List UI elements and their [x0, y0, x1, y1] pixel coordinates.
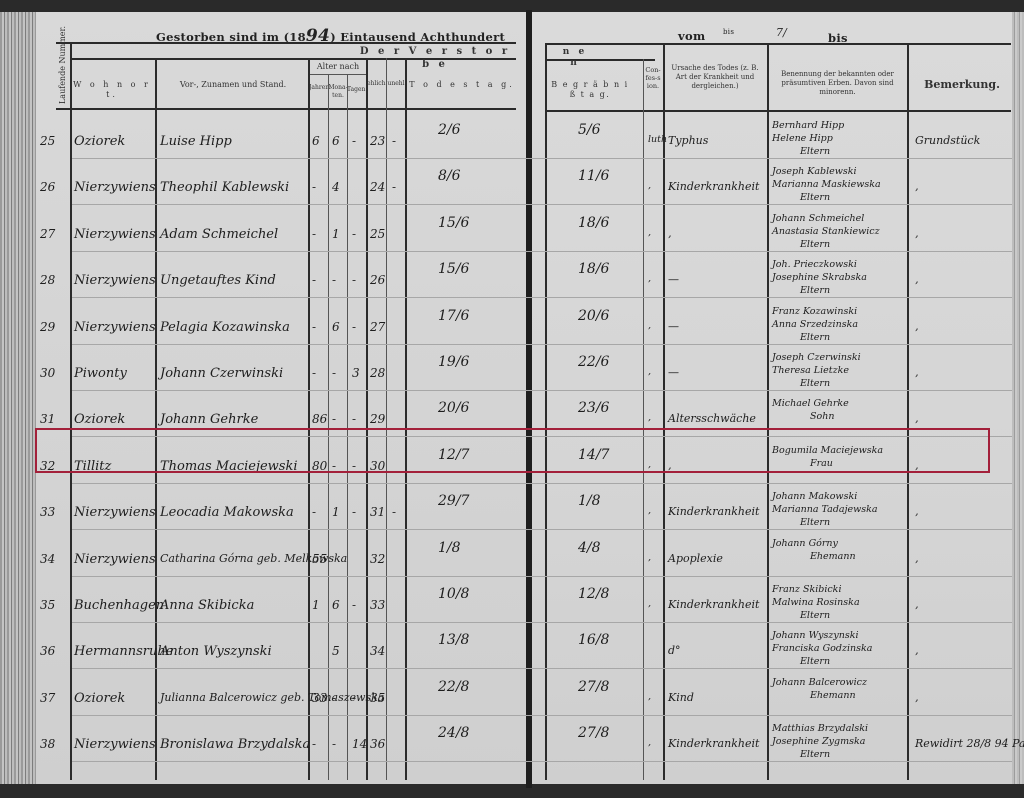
header-top-line-right — [545, 43, 1011, 45]
cell-monate: - — [332, 412, 336, 426]
cell-erben-line: Eltern — [800, 378, 830, 389]
cell-bemerkung: ‚ — [915, 273, 919, 286]
cell-erben-line: Malwina Rosinska — [772, 597, 860, 608]
cell-tage: - — [352, 505, 356, 519]
cell-bemerkung: ‚ — [915, 412, 919, 425]
cell-todestag: 17/6 — [438, 308, 469, 324]
cell-begraebnis: 1/8 — [578, 493, 601, 509]
cell-ehelich: 30 — [370, 459, 385, 473]
col-header-alter-nach: Alter nach — [310, 62, 366, 72]
col-header-tagen: Tagen. — [347, 86, 367, 94]
cell-monate: - — [332, 691, 336, 705]
col-header-begraebnistag: B e g r ä b n i ß t a g. — [547, 80, 633, 100]
cell-erben-line: Eltern — [800, 146, 830, 157]
cell-nr: 38 — [40, 737, 55, 751]
cell-nr: 35 — [40, 598, 55, 612]
cell-wohnort: Oziorek — [74, 134, 125, 149]
cell-ursache: Kind — [668, 691, 694, 704]
cell-jahre: 80 — [312, 459, 327, 473]
cell-todestag: 8/6 — [438, 168, 461, 184]
cell-ehelich: 29 — [370, 412, 385, 426]
cell-bemerkung: ‚ — [915, 505, 919, 518]
cell-ursache: — — [668, 273, 679, 286]
cell-erben-line: Bernhard Hipp — [772, 120, 844, 131]
cell-monate: - — [332, 366, 336, 380]
col-divider — [347, 74, 348, 780]
cell-wohnort: Nierzywiens — [74, 320, 156, 335]
col-header-benennung: Benennung der bekannten oder präsumtiven… — [770, 70, 905, 96]
cell-jahre: - — [312, 505, 316, 519]
cell-todestag: 2/6 — [438, 122, 461, 138]
cell-jahre: - — [312, 180, 316, 194]
cell-begraebnis: 18/6 — [578, 261, 609, 277]
cell-begraebnis: 27/8 — [578, 679, 609, 695]
cell-wohnort: Hermannsruhe — [74, 644, 173, 659]
col-divider — [155, 58, 157, 780]
cell-ehelich: 35 — [370, 691, 385, 705]
book-edge-right — [1012, 12, 1024, 784]
row-rule — [72, 344, 1012, 345]
cell-erben-line: Eltern — [800, 285, 830, 296]
cell-ursache: Altersschwäche — [668, 412, 756, 425]
cell-name: Theophil Kablewski — [160, 180, 289, 195]
cell-begraebnis: 20/6 — [578, 308, 609, 324]
right-vom: vom — [678, 29, 705, 43]
cell-name: Johann Gehrke — [160, 412, 258, 427]
cell-ehelich: 32 — [370, 552, 385, 566]
col-divider — [405, 58, 407, 780]
cell-nr: 33 — [40, 505, 55, 519]
cell-erben-line: Josephine Skrabska — [772, 272, 867, 283]
cell-tage: 14 — [352, 737, 367, 751]
col-divider — [643, 59, 644, 780]
cell-ehelich: 28 — [370, 366, 385, 380]
cell-erben-line: Michael Gehrke — [772, 398, 849, 409]
cell-erben-line: Johann Makowski — [772, 491, 857, 502]
cell-tage: - — [352, 691, 356, 705]
cell-erben-line: Eltern — [800, 749, 830, 760]
cell-tage: - — [352, 134, 356, 148]
cell-nr: 30 — [40, 366, 55, 380]
cell-todestag: 20/6 — [438, 400, 469, 416]
cell-conf: ‚ — [648, 273, 651, 284]
cell-nr: 29 — [40, 320, 55, 334]
cell-erben-line: Johann Górny — [772, 538, 838, 549]
cell-todestag: 22/8 — [438, 679, 469, 695]
cell-erben-line: Eltern — [800, 517, 830, 528]
cell-name: Leocadia Makowska — [160, 505, 294, 520]
cell-nr: 28 — [40, 273, 55, 287]
cell-monate: 6 — [332, 134, 340, 148]
col-divider — [907, 45, 909, 780]
cell-erben-line: Marianna Maskiewska — [772, 179, 881, 190]
cell-ursache: ‚ — [668, 227, 672, 240]
cell-name: Bronislawa Brzydalska — [160, 737, 310, 752]
row-rule — [72, 436, 1012, 437]
cell-conf: ‚ — [648, 691, 651, 702]
row-rule — [72, 529, 1012, 530]
cell-ehelich: 33 — [370, 598, 385, 612]
cell-tage: 3 — [352, 366, 360, 380]
row-rule — [72, 158, 1012, 159]
cell-ursache: Typhus — [668, 134, 708, 147]
cell-erben-line: Eltern — [800, 192, 830, 203]
cell-erben-line: Joseph Kablewski — [772, 166, 857, 177]
cell-name: Ungetauftes Kind — [160, 273, 276, 288]
row-rule — [72, 204, 1012, 205]
right-date-mark: 7/ — [776, 26, 787, 39]
cell-wohnort: Nierzywiens — [74, 180, 156, 195]
cell-wohnort: Nierzywiens — [74, 552, 156, 567]
cell-conf: ‚ — [648, 505, 651, 516]
cell-erben-line: Eltern — [800, 610, 830, 621]
cell-erben-line: Franz Kozawinski — [772, 306, 857, 317]
cell-bemerkung: ‚ — [915, 227, 919, 240]
cell-unehelich: - — [392, 180, 396, 194]
cell-erben-line: Helene Hipp — [772, 133, 833, 144]
cell-begraebnis: 16/8 — [578, 632, 609, 648]
cell-begraebnis: 14/7 — [578, 447, 609, 463]
cell-name: Anna Skibicka — [160, 598, 254, 613]
col-header-bemerkung: Bemerkung. — [912, 78, 1012, 92]
cell-wohnort: Nierzywiens — [74, 227, 156, 242]
cell-unehelich: - — [392, 505, 396, 519]
cell-ursache: Kinderkrankheit — [668, 737, 759, 750]
cell-tage: - — [352, 273, 356, 287]
cell-jahre: 86 — [312, 412, 327, 426]
cell-jahre: 55 — [312, 552, 327, 566]
cell-todestag: 15/6 — [438, 261, 469, 277]
cell-unehelich: - — [392, 134, 396, 148]
cell-erben-line: Marianna Tadajewska — [772, 504, 878, 515]
cell-erben-line: Joseph Czerwinski — [772, 352, 861, 363]
cell-conf: ‚ — [648, 366, 651, 377]
row-rule — [72, 668, 1012, 669]
cell-conf: ‚ — [648, 227, 651, 238]
cell-name: Julianna Balcerowicz geb. Tomaszewska — [160, 691, 384, 704]
cell-bemerkung: ‚ — [915, 366, 919, 379]
cell-monate: - — [332, 273, 336, 287]
cell-nr: 26 — [40, 180, 55, 194]
col-divider — [545, 43, 547, 780]
cell-erben-line: Johann Balcerowicz — [772, 677, 867, 688]
col-header-confession: Con-fes-sion. — [645, 66, 661, 90]
cell-bemerkung: Grundstück — [915, 134, 980, 147]
cell-name: Luise Hipp — [160, 134, 232, 149]
cell-ursache: ‚ — [668, 459, 672, 472]
cell-nr: 25 — [40, 134, 55, 148]
col-divider — [386, 58, 387, 780]
cell-ehelich: 23 — [370, 134, 385, 148]
cell-ursache: Kinderkrankheit — [668, 598, 759, 611]
cell-wohnort: Nierzywiens — [74, 737, 156, 752]
cell-erben-line: Anna Srzedzinska — [772, 319, 858, 330]
cell-erben-line: Josephine Zygmska — [772, 736, 865, 747]
col-divider — [663, 43, 665, 780]
cell-tage: - — [352, 459, 356, 473]
cell-ehelich: 31 — [370, 505, 385, 519]
cell-monate: 6 — [332, 320, 340, 334]
col-header-name: Vor-, Zunamen und Stand. — [158, 80, 308, 90]
cell-erben-line: Theresa Lietzke — [772, 365, 849, 376]
row-rule — [72, 715, 1012, 716]
cell-conf: ‚ — [648, 320, 651, 331]
cell-bemerkung: ‚ — [915, 459, 919, 472]
cell-wohnort: Piwonty — [74, 366, 127, 381]
cell-monate: - — [332, 459, 336, 473]
cell-nr: 37 — [40, 691, 55, 705]
cell-tage: - — [352, 412, 356, 426]
cell-jahre: - — [312, 320, 316, 334]
cell-monate: 1 — [332, 227, 340, 241]
cell-begraebnis: 22/6 — [578, 354, 609, 370]
cell-nr: 27 — [40, 227, 55, 241]
header-bottom-line — [56, 108, 516, 110]
right-bis-small: bis — [723, 28, 734, 36]
cell-erben-line: Ehemann — [810, 551, 856, 562]
cell-ursache: — — [668, 320, 679, 333]
cell-todestag: 12/7 — [438, 447, 469, 463]
row-rule — [72, 297, 1012, 298]
cell-erben-line: Matthias Brzydalski — [772, 723, 868, 734]
cell-conf: ‚ — [648, 412, 651, 423]
cell-erben-line: Franciska Godzinska — [772, 643, 872, 654]
cell-bemerkung: Rewidirt 28/8 94 Paniewski — [915, 737, 1024, 750]
cell-bemerkung: ‚ — [915, 598, 919, 611]
cell-bemerkung: ‚ — [915, 644, 919, 657]
cell-ehelich: 25 — [370, 227, 385, 241]
cell-todestag: 19/6 — [438, 354, 469, 370]
cell-jahre: - — [312, 227, 316, 241]
cell-name: Anton Wyszynski — [160, 644, 272, 659]
cell-bemerkung: ‚ — [915, 180, 919, 193]
cell-conf: ‚ — [648, 459, 651, 470]
cell-name: Thomas Maciejewski — [160, 459, 298, 474]
cell-nr: 34 — [40, 552, 55, 566]
row-rule — [72, 390, 1012, 391]
col-divider — [308, 58, 310, 780]
cell-begraebnis: 11/6 — [578, 168, 609, 184]
cell-jahre: - — [312, 737, 316, 751]
col-header-wohnort: W o h n o r t. — [72, 80, 152, 100]
cell-name: Johann Czerwinski — [160, 366, 283, 381]
group-heading-verstorbenen: D e r V e r s t o r b e — [355, 46, 515, 71]
book-edge — [0, 12, 36, 784]
col-header-monaten: Mona-ten. — [328, 84, 348, 99]
cell-nr: 31 — [40, 412, 55, 426]
cell-wohnort: Oziorek — [74, 691, 125, 706]
cell-ehelich: 24 — [370, 180, 385, 194]
row-rule — [72, 622, 1012, 623]
cell-todestag: 15/6 — [438, 215, 469, 231]
cell-erben-line: Joh. Prieczkowski — [772, 259, 857, 270]
cell-ehelich: 27 — [370, 320, 385, 334]
cell-todestag: 29/7 — [438, 493, 469, 509]
cell-tage: - — [352, 598, 356, 612]
col-divider — [366, 58, 368, 780]
cell-jahre: 33 — [312, 691, 327, 705]
cell-begraebnis: 18/6 — [578, 215, 609, 231]
cell-erben-line: Anastasia Stankiewicz — [772, 226, 880, 237]
cell-jahre: - — [312, 273, 316, 287]
cell-ehelich: 26 — [370, 273, 385, 287]
cell-bemerkung: ‚ — [915, 552, 919, 565]
cell-todestag: 24/8 — [438, 725, 469, 741]
cell-erben-line: Eltern — [800, 656, 830, 667]
cell-conf: luth — [648, 134, 667, 145]
col-header-todestag: T o d e s t a g. — [408, 80, 516, 90]
header-top-line — [56, 42, 516, 44]
cell-conf: ‚ — [648, 180, 651, 191]
group-heading-nen: n e n — [555, 47, 595, 70]
cell-monate: 4 — [332, 180, 340, 194]
cell-nr: 36 — [40, 644, 55, 658]
cell-erben-line: Johann Schmeichel — [772, 213, 864, 224]
cell-jahre: 6 — [312, 134, 320, 148]
cell-bemerkung: ‚ — [915, 320, 919, 333]
cell-ursache: Apoplexie — [668, 552, 723, 565]
cell-ehelich: 36 — [370, 737, 385, 751]
cell-erben-line: Frau — [810, 458, 833, 469]
col-divider — [328, 74, 329, 780]
cell-erben-line: Bogumila Maciejewska — [772, 445, 883, 456]
cell-jahre: 1 — [312, 598, 320, 612]
cell-erben-line: Franz Skibicki — [772, 584, 841, 595]
cell-ursache: Kinderkrankheit — [668, 505, 759, 518]
cell-begraebnis: 12/8 — [578, 586, 609, 602]
cell-ursache: Kinderkrankheit — [668, 180, 759, 193]
cell-erben-line: Johann Wyszynski — [772, 630, 859, 641]
cell-monate: 5 — [332, 644, 340, 658]
cell-conf: ‚ — [648, 598, 651, 609]
cell-wohnort: Nierzywiens — [74, 273, 156, 288]
cell-todestag: 13/8 — [438, 632, 469, 648]
row-rule — [72, 761, 1012, 762]
col-header-laufende-nummer: Laufende Nummer. — [58, 26, 67, 104]
cell-erben-line: Ehemann — [810, 690, 856, 701]
col-divider — [767, 43, 769, 780]
alter-sub-line — [310, 74, 366, 75]
col-header-ehelich: ehlich. — [367, 80, 387, 88]
cell-tage: - — [352, 320, 356, 334]
cell-bemerkung: ‚ — [915, 691, 919, 704]
cell-monate: 1 — [332, 505, 340, 519]
cell-erben-line: Eltern — [800, 239, 830, 250]
cell-ursache: — — [668, 366, 679, 379]
row-rule — [72, 483, 1012, 484]
cell-jahre: - — [312, 366, 316, 380]
cell-todestag: 1/8 — [438, 540, 461, 556]
cell-begraebnis: 27/8 — [578, 725, 609, 741]
row-rule — [72, 576, 1012, 577]
cell-wohnort: Oziorek — [74, 412, 125, 427]
cell-conf: ‚ — [648, 552, 651, 563]
cell-conf: ‚ — [648, 737, 651, 748]
cell-wohnort: Tillitz — [74, 459, 111, 474]
header-bottom-line-right — [545, 110, 1011, 112]
cell-nr: 32 — [40, 459, 55, 473]
cell-monate: 6 — [332, 598, 340, 612]
cell-monate: - — [332, 737, 336, 751]
cell-ehelich: 34 — [370, 644, 385, 658]
cell-name: Pelagia Kozawinska — [160, 320, 290, 335]
cell-wohnort: Buchenhagen — [74, 598, 164, 613]
row-rule — [72, 251, 1012, 252]
cell-wohnort: Nierzywiens — [74, 505, 156, 520]
cell-todestag: 10/8 — [438, 586, 469, 602]
cell-begraebnis: 4/8 — [578, 540, 601, 556]
cell-erben-line: Sohn — [810, 411, 834, 422]
col-header-unehelich: unehl. — [387, 80, 407, 88]
cell-tage: - — [352, 227, 356, 241]
cell-ursache: d° — [668, 644, 681, 657]
cell-erben-line: Eltern — [800, 332, 830, 343]
col-header-jahren: Jahren. — [309, 84, 329, 92]
col-header-ursache: Ursache des Todes (z. B. Art der Krankhe… — [665, 64, 765, 90]
cell-name: Adam Schmeichel — [160, 227, 278, 242]
cell-begraebnis: 5/6 — [578, 122, 601, 138]
cell-begraebnis: 23/6 — [578, 400, 609, 416]
